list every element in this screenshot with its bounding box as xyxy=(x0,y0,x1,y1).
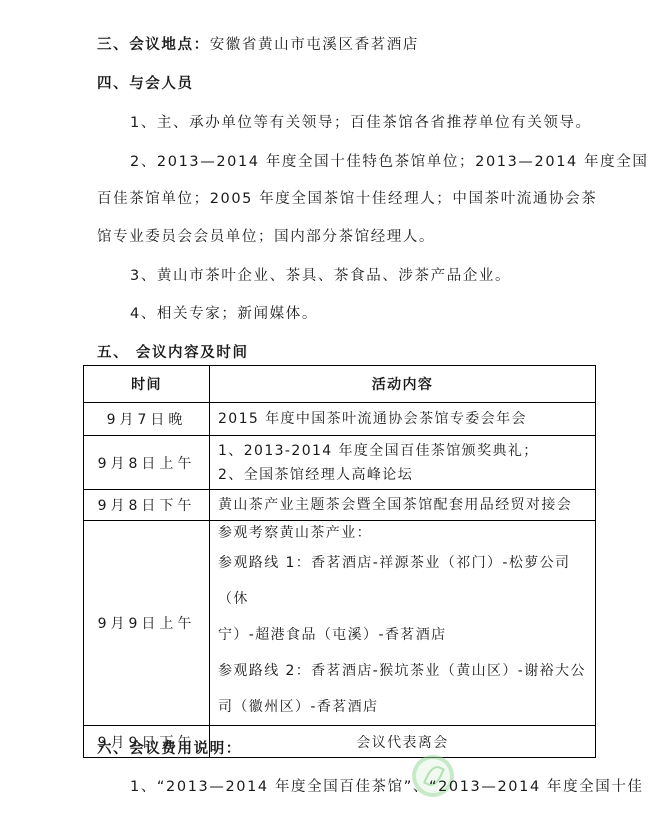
attendee-item-2-cont2: 馆专业委员会会员单位；国内部分茶馆经理人。 xyxy=(97,225,435,246)
row-time: 9月8日上午 xyxy=(84,436,210,490)
activity-line: 1、2013-2014 年度全国百佳茶馆颁奖典礼； xyxy=(218,439,587,463)
fee-item-1: 1、“2013—2014 年度全国百佳茶馆”、“2013—2014 年度全国十佳 xyxy=(130,775,644,796)
attendee-item-3: 3、黄山市茶叶企业、茶具、茶食品、涉茶产品企业。 xyxy=(130,264,511,285)
section-4-heading: 四、与会人员 xyxy=(97,72,194,93)
row-activity: 会议代表离会 xyxy=(210,726,596,758)
attendee-item-2-cont: 百佳茶馆单位；2005 年度全国茶馆十佳经理人；中国茶叶流通协会茶 xyxy=(97,187,597,208)
section-6-heading: 六、会议费用说明： xyxy=(97,737,242,758)
activity-line: 参观路线 2：香茗酒店-猴坑茶业（黄山区）-谢裕大公 xyxy=(218,653,587,689)
activity-line: 2015 年度中国茶叶流通协会茶馆专委会年会 xyxy=(218,407,587,431)
row-activity: 黄山茶产业主题茶会暨全国茶馆配套用品经贸对接会 xyxy=(210,490,596,521)
meeting-location: 安徽省黄山市屯溪区香茗酒店 xyxy=(210,37,419,53)
row-time: 9月7日晚 xyxy=(84,403,210,436)
activity-line: 宁）-超港食品（屯溪）-香茗酒店 xyxy=(218,617,587,653)
row-activity: 2015 年度中国茶叶流通协会茶馆专委会年会 xyxy=(210,403,596,436)
section-5-heading: 五、 会议内容及时间 xyxy=(97,341,249,362)
activity-line: 2、全国茶馆经理人高峰论坛 xyxy=(218,463,587,487)
activity-line: 司（徽州区）-香茗酒店 xyxy=(218,689,587,725)
table-row: 9月8日上午 1、2013-2014 年度全国百佳茶馆颁奖典礼； 2、全国茶馆经… xyxy=(84,436,596,490)
table-row: 9月9日上午 参观考察黄山茶产业： 参观路线 1：香茗酒店-祥源茶业（祁门）-松… xyxy=(84,521,596,726)
attendee-item-1: 1、主、承办单位等有关领导；百佳茶馆各省推荐单位有关领导。 xyxy=(130,111,592,132)
header-time: 时间 xyxy=(84,366,210,403)
header-activity: 活动内容 xyxy=(210,366,596,403)
table-row: 9月8日下午 黄山茶产业主题茶会暨全国茶馆配套用品经贸对接会 xyxy=(84,490,596,521)
table-header-row: 时间 活动内容 xyxy=(84,366,596,403)
row-time: 9月8日下午 xyxy=(84,490,210,521)
attendee-item-2: 2、2013—2014 年度全国十佳特色茶馆单位；2013—2014 年度全国 xyxy=(130,150,648,171)
row-activity: 参观考察黄山茶产业： 参观路线 1：香茗酒店-祥源茶业（祁门）-松萝公司（休 宁… xyxy=(210,521,596,726)
schedule-table: 时间 活动内容 9月7日晚 2015 年度中国茶叶流通协会茶馆专委会年会 9月8… xyxy=(83,365,596,758)
activity-line: 黄山茶产业主题茶会暨全国茶馆配套用品经贸对接会 xyxy=(218,493,587,517)
row-activity: 1、2013-2014 年度全国百佳茶馆颁奖典礼； 2、全国茶馆经理人高峰论坛 xyxy=(210,436,596,490)
activity-line: 参观考察黄山茶产业： xyxy=(218,521,587,545)
section-3-heading: 三、会议地点： xyxy=(97,37,210,53)
activity-line: 参观路线 1：香茗酒店-祥源茶业（祁门）-松萝公司（休 xyxy=(218,545,587,617)
row-time: 9月9日上午 xyxy=(84,521,210,726)
section-3-line: 三、会议地点：安徽省黄山市屯溪区香茗酒店 xyxy=(97,33,419,54)
table-row: 9月7日晚 2015 年度中国茶叶流通协会茶馆专委会年会 xyxy=(84,403,596,436)
attendee-item-4: 4、相关专家；新闻媒体。 xyxy=(130,302,318,323)
